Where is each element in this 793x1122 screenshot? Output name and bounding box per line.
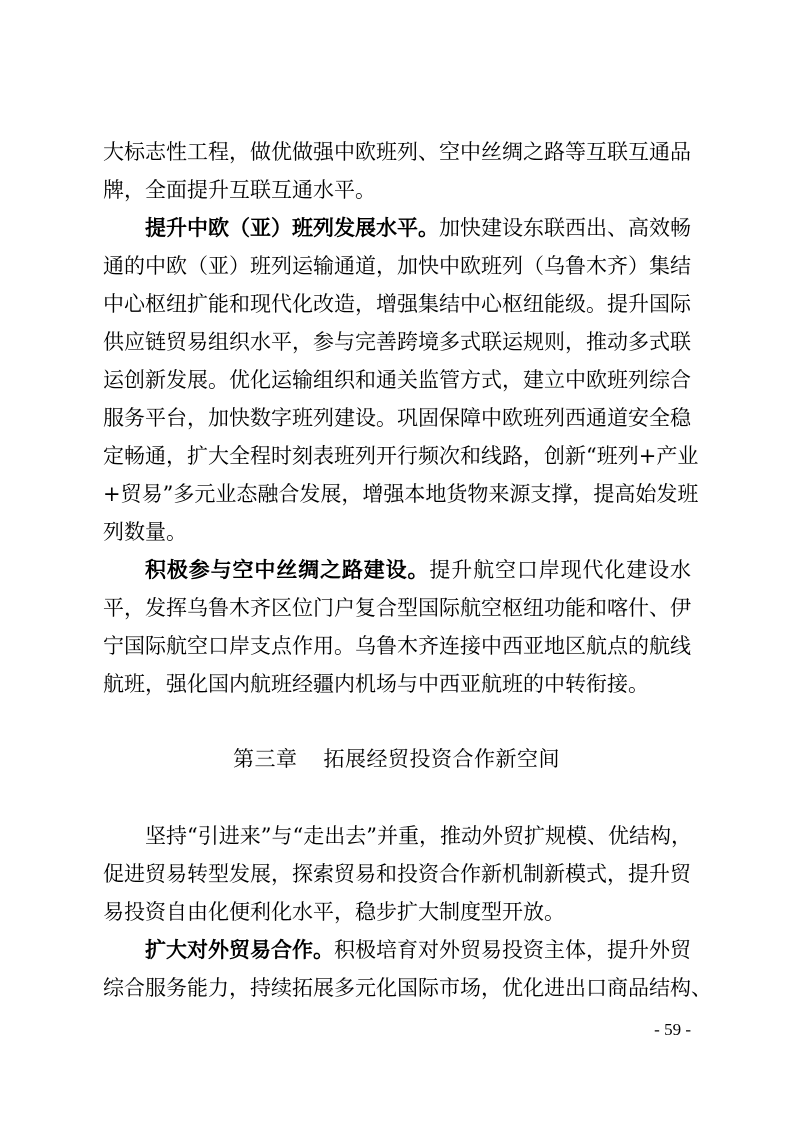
line-text: 服务平台，加快数字班列建设。巩固保障中欧班列西通道安全稳 — [103, 406, 691, 430]
line-text: 牌，全面提升互联互通水平。 — [103, 178, 376, 202]
line-text: 大标志性工程，做优做强中欧班列、空中丝绸之路等互联互通品 — [103, 140, 691, 164]
line-text: 通的中欧（亚）班列运输通道，加快中欧班列（乌鲁木齐）集结 — [103, 254, 691, 278]
line-text: 综合服务能力，持续拓展多元化国际市场，优化进出口商品结构、 — [103, 976, 712, 1000]
text-line: 提升中欧（亚）班列发展水平。加快建设东联西出、高效畅 — [103, 209, 691, 247]
text-line: 供应链贸易组织水平，参与完善跨境多式联运规则，推动多式联 — [103, 323, 691, 361]
line-text: 宁国际航空口岸支点作用。乌鲁木齐连接中西亚地区航点的航线 — [103, 634, 691, 658]
text-line: 列数量。 — [103, 513, 691, 551]
line-text: 列数量。 — [103, 520, 187, 544]
text-line: 坚持“引进来”与“走出去”并重，推动外贸扩规模、优结构， — [103, 817, 691, 855]
text-line: 扩大对外贸易合作。积极培育对外贸易投资主体，提升外贸 — [103, 931, 691, 969]
line-text: 促进贸易转型发展，探索贸易和投资合作新机制新模式，提升贸 — [103, 862, 691, 886]
chapter-number: 第三章 — [233, 747, 298, 771]
text-line: 大标志性工程，做优做强中欧班列、空中丝绸之路等互联互通品 — [103, 133, 691, 171]
line-text: 运创新发展。优化运输组织和通关监管方式，建立中欧班列综合 — [103, 368, 691, 392]
paragraph-chapter-intro: 坚持“引进来”与“走出去”并重，推动外贸扩规模、优结构， 促进贸易转型发展，探索… — [103, 817, 691, 931]
bold-lead-heading: 扩大对外贸易合作。 — [145, 937, 334, 962]
body-text-section-2: 坚持“引进来”与“走出去”并重，推动外贸扩规模、优结构， 促进贸易转型发展，探索… — [103, 817, 691, 1007]
line-text: +贸易”多元业态融合发展，增强本地货物来源支撑，提高始发班 — [103, 482, 698, 506]
line-text: 易投资自由化便利化水平，稳步扩大制度型开放。 — [103, 900, 565, 924]
line-text: 定畅通，扩大全程时刻表班列开行频次和线路，创新“班列+产业 — [103, 444, 698, 468]
paragraph-foreign-trade: 扩大对外贸易合作。积极培育对外贸易投资主体，提升外贸 综合服务能力，持续拓展多元… — [103, 931, 691, 1007]
text-line: 中心枢纽扩能和现代化改造，增强集结中心枢纽能级。提升国际 — [103, 285, 691, 323]
line-text: 加快建设东联西出、高效畅 — [439, 216, 691, 240]
bold-lead-heading: 积极参与空中丝绸之路建设。 — [145, 557, 429, 582]
body-text-section-1: 大标志性工程，做优做强中欧班列、空中丝绸之路等互联互通品 牌，全面提升互联互通水… — [103, 133, 691, 703]
bold-lead-heading: 提升中欧（亚）班列发展水平。 — [145, 215, 439, 240]
paragraph-air-silk-road: 积极参与空中丝绸之路建设。提升航空口岸现代化建设水 平，发挥乌鲁木齐区位门户复合… — [103, 551, 691, 703]
line-text: 供应链贸易组织水平，参与完善跨境多式联运规则，推动多式联 — [103, 330, 691, 354]
text-line: 促进贸易转型发展，探索贸易和投资合作新机制新模式，提升贸 — [103, 855, 691, 893]
line-text: 平，发挥乌鲁木齐区位门户复合型国际航空枢纽功能和喀什、伊 — [103, 596, 691, 620]
text-line: 通的中欧（亚）班列运输通道，加快中欧班列（乌鲁木齐）集结 — [103, 247, 691, 285]
text-line: 易投资自由化便利化水平，稳步扩大制度型开放。 — [103, 893, 691, 931]
text-line: 航班，强化国内航班经疆内机场与中西亚航班的中转衔接。 — [103, 665, 691, 703]
chapter-title: 拓展经贸投资合作新空间 — [324, 747, 561, 771]
page-number: - 59 - — [600, 1018, 691, 1042]
line-text: 积极培育对外贸易投资主体，提升外贸 — [334, 938, 691, 962]
paragraph-china-europe-trains: 提升中欧（亚）班列发展水平。加快建设东联西出、高效畅 通的中欧（亚）班列运输通道… — [103, 209, 691, 551]
line-text: 航班，强化国内航班经疆内机场与中西亚航班的中转衔接。 — [103, 672, 649, 696]
text-line: 积极参与空中丝绸之路建设。提升航空口岸现代化建设水 — [103, 551, 691, 589]
text-line: 平，发挥乌鲁木齐区位门户复合型国际航空枢纽功能和喀什、伊 — [103, 589, 691, 627]
line-text: 坚持“引进来”与“走出去”并重，推动外贸扩规模、优结构， — [145, 824, 692, 848]
paragraph-continuation: 大标志性工程，做优做强中欧班列、空中丝绸之路等互联互通品 牌，全面提升互联互通水… — [103, 133, 691, 209]
line-text: 中心枢纽扩能和现代化改造，增强集结中心枢纽能级。提升国际 — [103, 292, 691, 316]
line-text: 提升航空口岸现代化建设水 — [429, 558, 691, 582]
text-line: 牌，全面提升互联互通水平。 — [103, 171, 691, 209]
text-line: 定畅通，扩大全程时刻表班列开行频次和线路，创新“班列+产业 — [103, 437, 691, 475]
text-line: 运创新发展。优化运输组织和通关监管方式，建立中欧班列综合 — [103, 361, 691, 399]
chapter-heading: 第三章拓展经贸投资合作新空间 — [0, 740, 793, 778]
text-line: 综合服务能力，持续拓展多元化国际市场，优化进出口商品结构、 — [103, 969, 691, 1007]
text-line: 服务平台，加快数字班列建设。巩固保障中欧班列西通道安全稳 — [103, 399, 691, 437]
text-line: 宁国际航空口岸支点作用。乌鲁木齐连接中西亚地区航点的航线 — [103, 627, 691, 665]
text-line: +贸易”多元业态融合发展，增强本地货物来源支撑，提高始发班 — [103, 475, 691, 513]
